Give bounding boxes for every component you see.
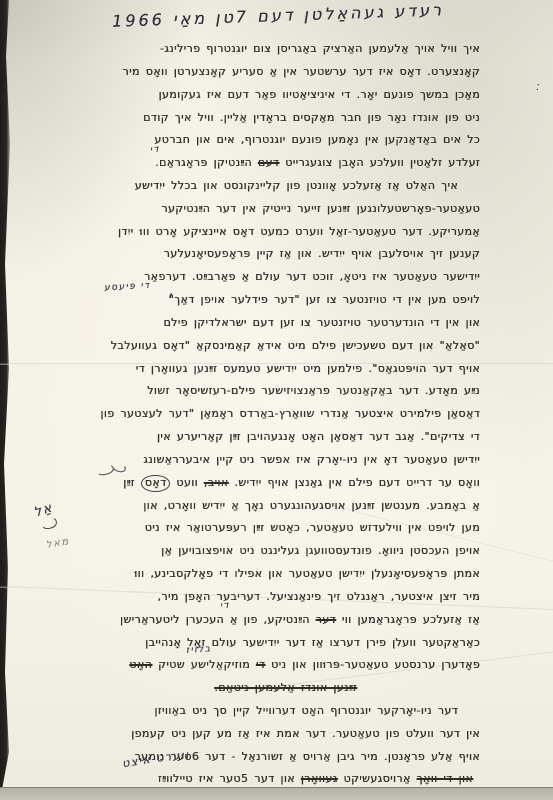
margin-scribble-faint: מאל [45,536,70,551]
insert-phrase-di-piese: די פּיעסע [104,281,151,293]
handwritten-annotation-layer: רעדע געהאַלטן דעם 7טן מאַי 1966׃דידי פּי… [0,0,553,800]
handwritten-title: רעדע געהאַלטן דעם 7טן מאַי 1966 [112,0,444,31]
scanned-yiddish-typescript: { "page": { "width": 553, "height": 800,… [0,0,553,800]
insert-word-di-2: די [220,601,231,612]
caret-mark: ∧ [168,291,175,300]
insert-word-bloyz: בלויז [186,644,212,656]
margin-scribble-arc [39,516,58,530]
pen-dots-mark: ׃ [536,80,541,93]
correction-word-itst: איצט [121,753,152,770]
squiggle-arc [111,461,127,474]
insert-word-di: די [150,145,161,156]
correction-word-vert: ווערט [155,748,190,764]
